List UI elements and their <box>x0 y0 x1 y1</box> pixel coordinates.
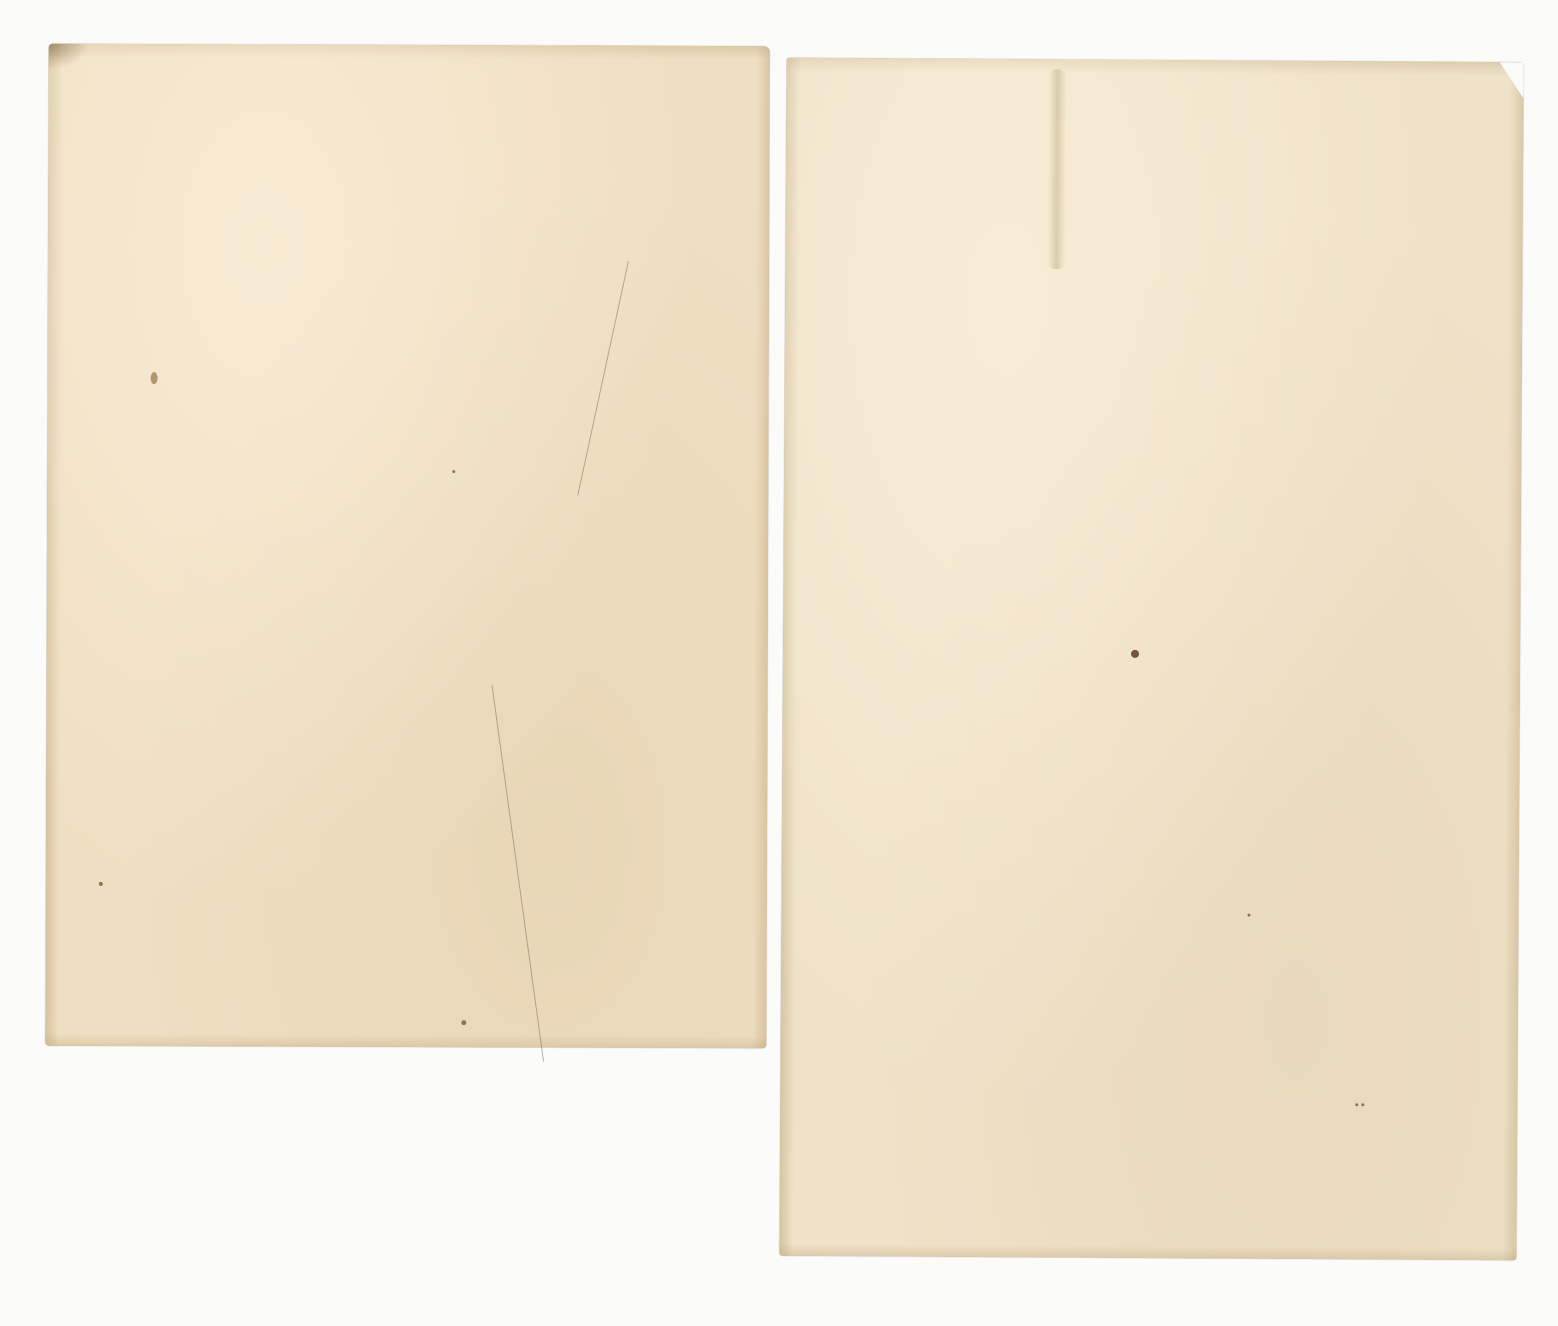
stain-spot <box>1131 650 1139 658</box>
stain-spot <box>1247 914 1250 917</box>
right-blank-card <box>779 58 1523 1260</box>
pencil-scratch <box>492 685 545 1062</box>
stain-spot <box>1361 1103 1364 1106</box>
stain-spot <box>461 1020 466 1025</box>
corner-wear <box>49 44 89 70</box>
stain-spot <box>99 882 103 886</box>
torn-corner <box>1499 62 1523 98</box>
pencil-scratch <box>577 261 629 496</box>
left-blank-card <box>45 44 769 1049</box>
stain-spot <box>1355 1103 1358 1106</box>
stain-spot <box>452 470 455 473</box>
water-stain <box>1047 69 1066 269</box>
stain-spot <box>151 372 158 384</box>
